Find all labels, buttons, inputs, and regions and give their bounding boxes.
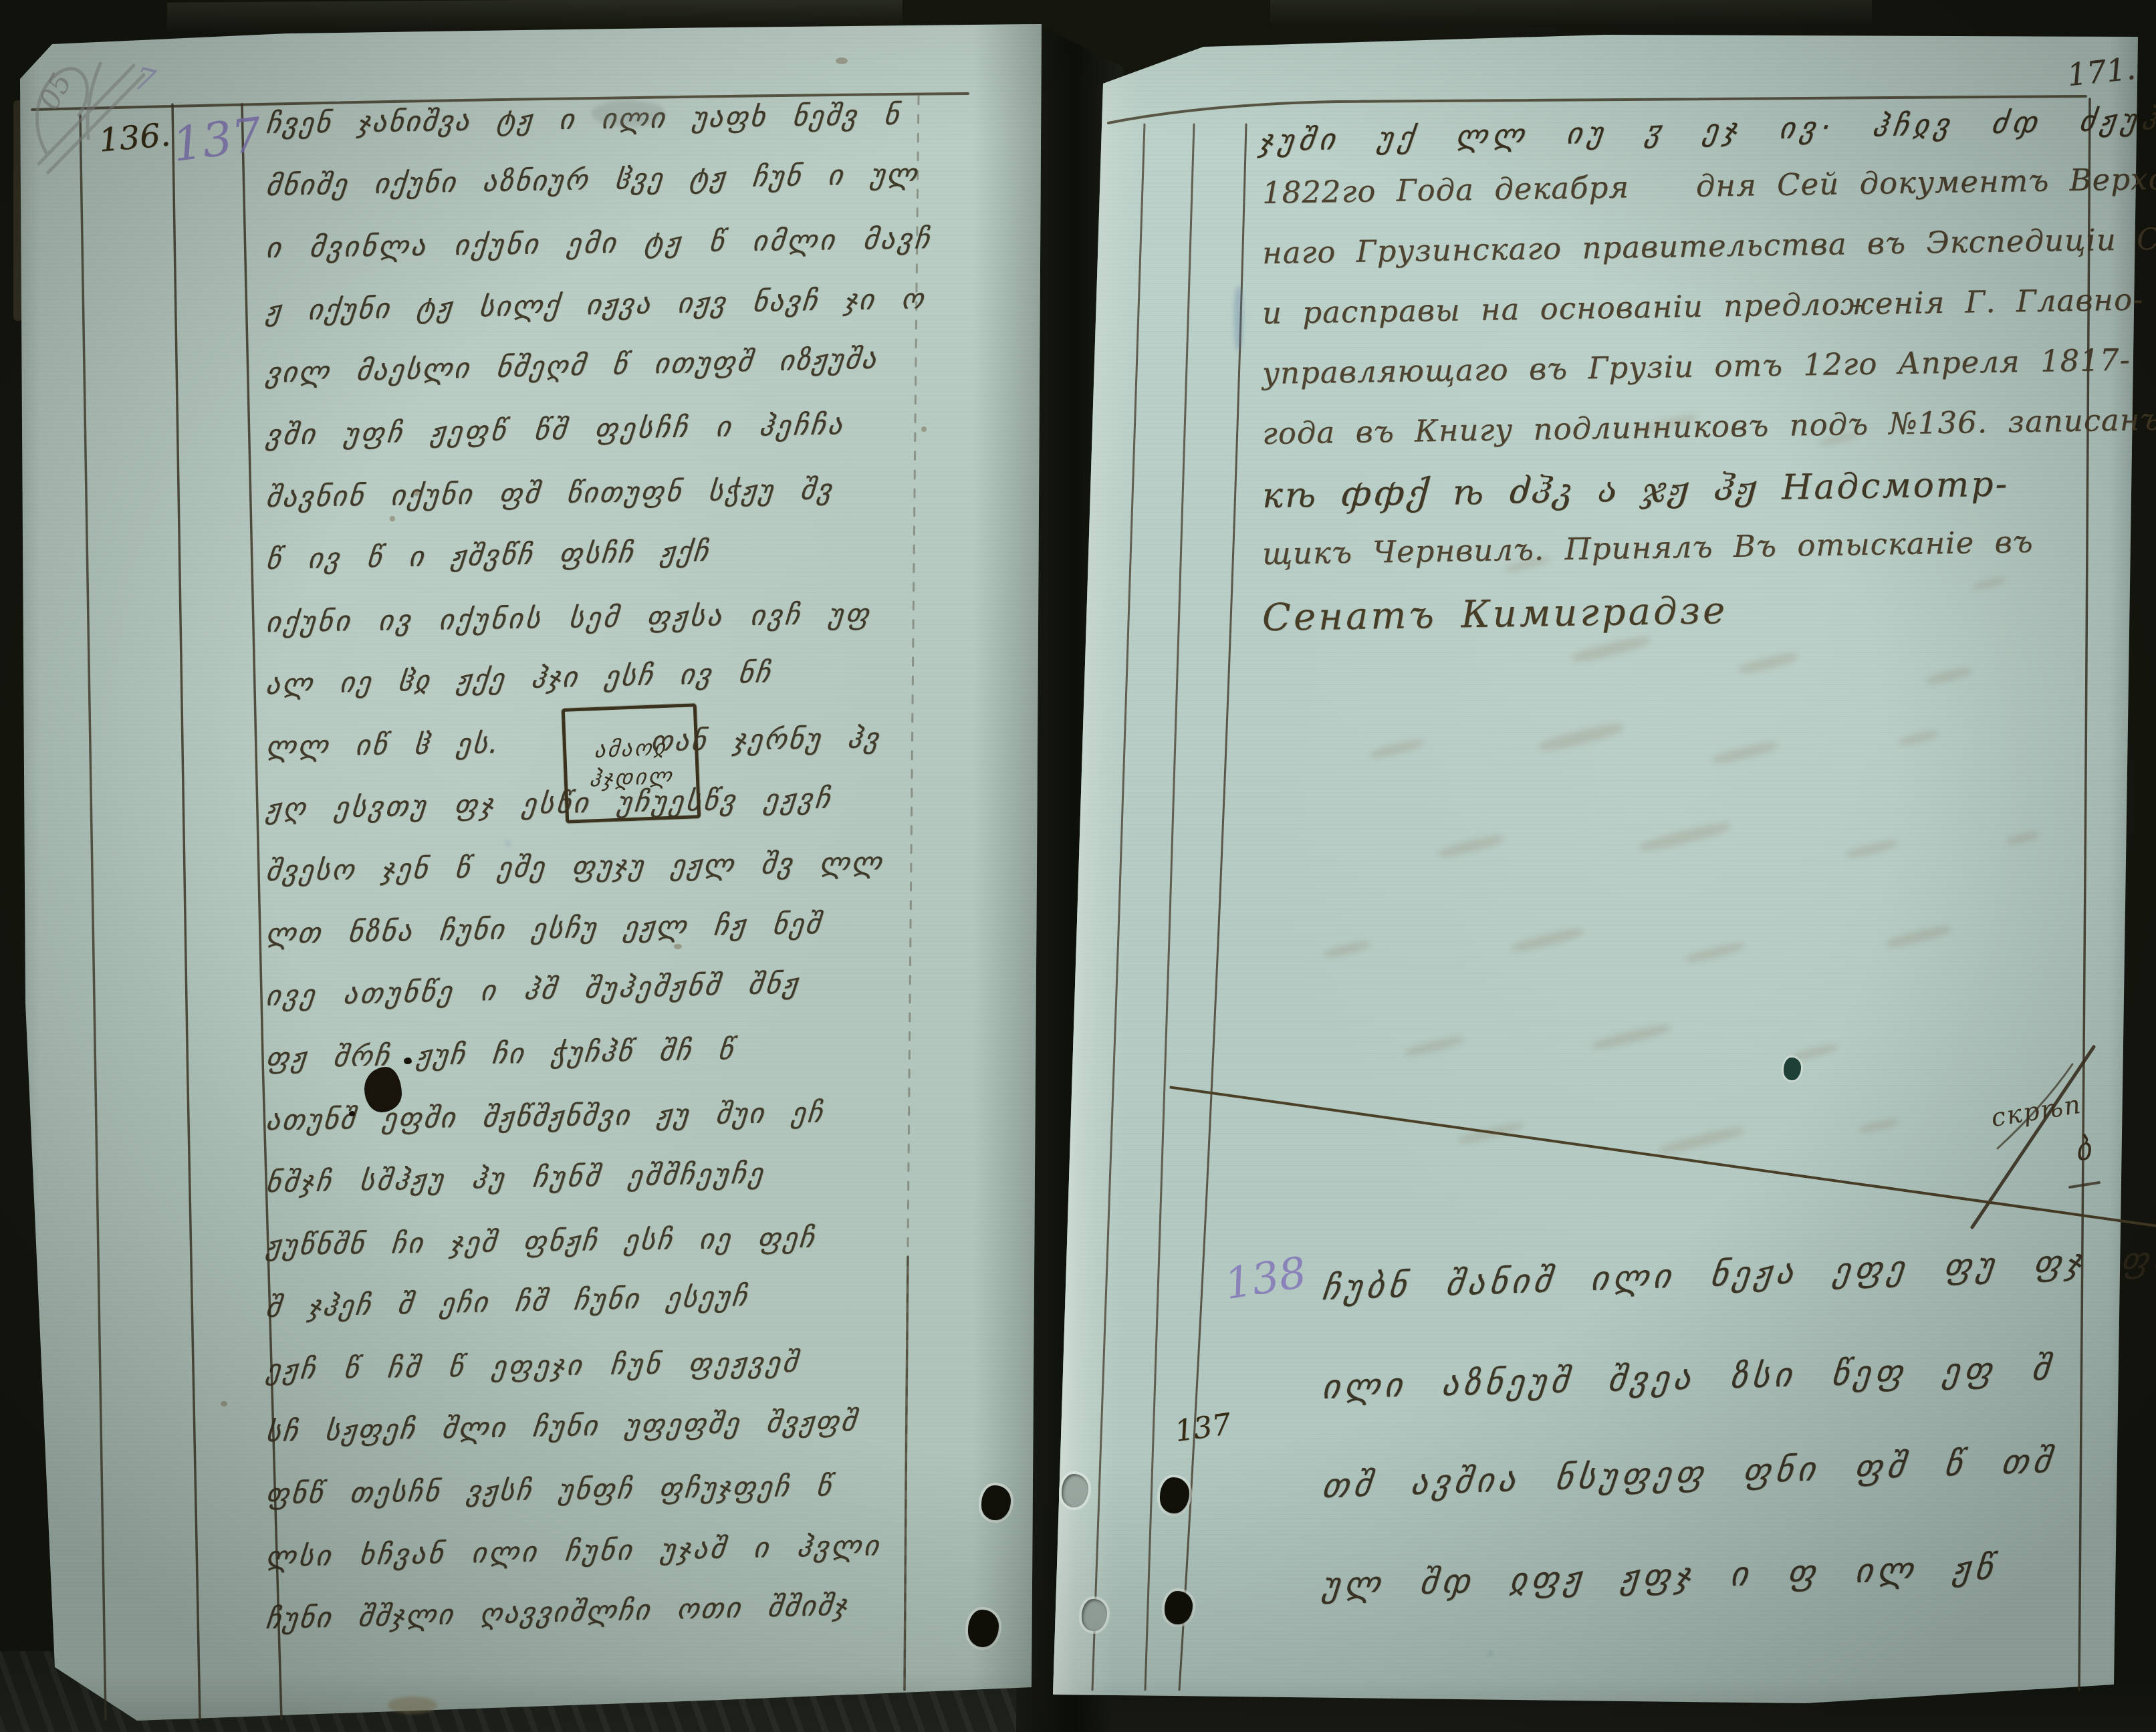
- box-note-line2: ჰჯდილ: [588, 761, 675, 793]
- ink-blot: [364, 1067, 402, 1112]
- left-page: [0, 0, 1046, 1732]
- folio-page-number: 171.: [2065, 50, 2137, 93]
- right-page: [1043, 0, 2156, 1732]
- left-margin-number-pencil: 137: [170, 107, 265, 172]
- left-margin-number-ink: 136.: [98, 116, 172, 159]
- ink-speck: [404, 1058, 412, 1064]
- ink-speck: [349, 1111, 355, 1116]
- boxed-correction-note: ამაოჲ ჰჯდილ: [562, 703, 701, 824]
- background-cloth-streak: [1270, 0, 1872, 27]
- blue-ink-smear: [1234, 286, 1243, 350]
- box-note-line1: ამაოჲ: [593, 733, 668, 765]
